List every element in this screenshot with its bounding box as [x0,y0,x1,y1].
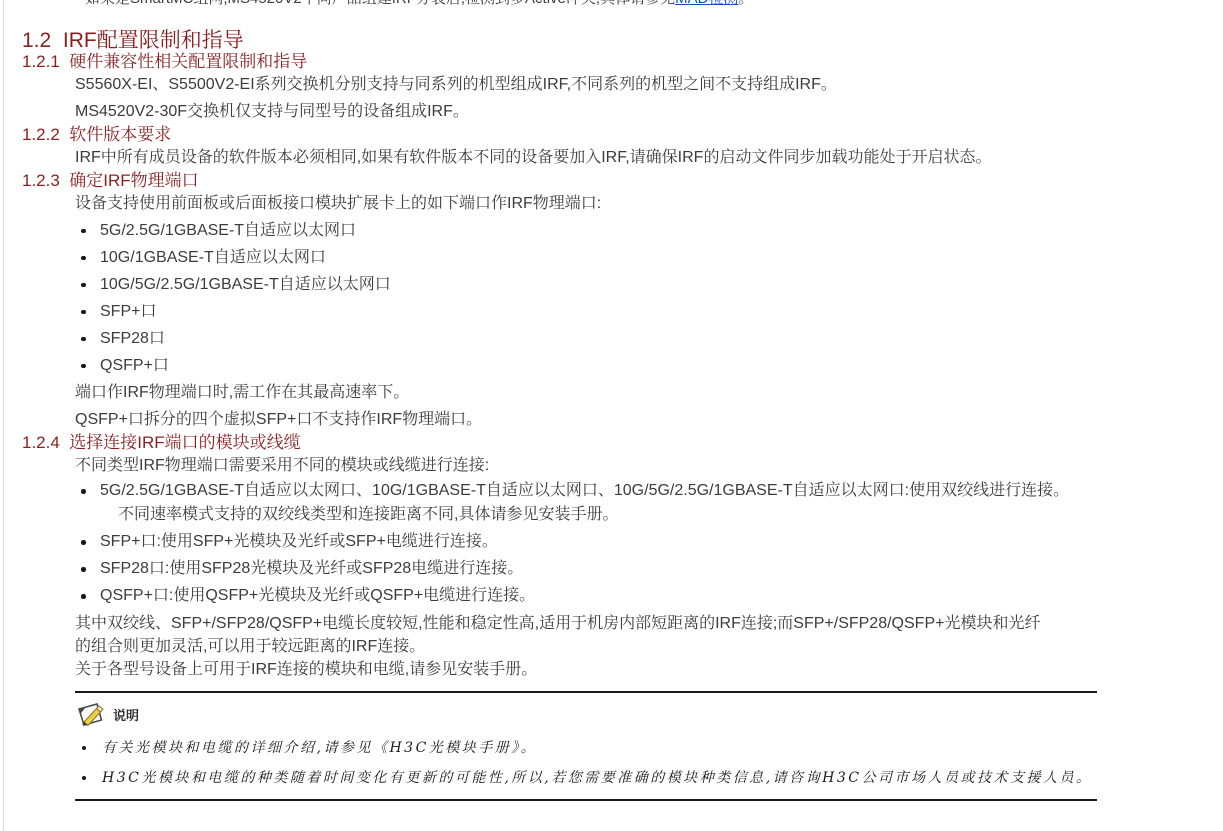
note-item: 有关光模块和电缆的详细介绍,请参见《H3C光模块手册》。 [80,737,1097,759]
page-left-border [3,0,4,831]
list-item: SFP+口 [75,298,1223,325]
heading-1-2-1-title: 硬件兼容性相关配置限制和指导 [69,52,307,71]
para-line: QSFP+口拆分的四个虚拟SFP+口不支持作IRF物理端口。 [75,411,482,428]
para-line: 端口作IRF物理端口时,需工作在其最高速率下。 [75,384,409,401]
para-cable-summary: 其中双绞线、SFP+/SFP28/QSFP+电缆长度较短,性能和稳定性高,适用于… [75,612,1223,681]
heading-1-2-1-number: 1.2.1 [22,52,60,71]
para-hardware-compat: S5560X-EI、S5500V2-EI系列交换机分别支持与同系列的机型组成IR… [75,71,1223,125]
heading-1-2-1: 1.2.1 硬件兼容性相关配置限制和指导 [22,52,1223,71]
heading-1-2-4-title: 选择连接IRF端口的模块或线缆 [69,433,300,452]
heading-1-2-2-number: 1.2.2 [22,125,60,144]
para-software-version: IRF中所有成员设备的软件版本必须相同,如果有软件版本不同的设备要加入IRF,请… [75,144,1223,171]
heading-1-2-2: 1.2.2 软件版本要求 [22,125,1223,144]
heading-1-2-3-title: 确定IRF物理端口 [69,171,198,190]
para-line: IRF中所有成员设备的软件版本必须相同,如果有软件版本不同的设备要加入IRF,请… [75,149,991,166]
list-item-line: 不同速率模式支持的双绞线类型和连接距离不同,具体请参见安装手册。 [100,503,1223,527]
para-irf-port-intro: 设备支持使用前面板或后面板接口模块扩展卡上的如下端口作IRF物理端口: [75,190,1223,217]
para-line: 的组合则更加灵活,可以用于较远距离的IRF连接。 [75,638,425,655]
cable-option-list: 5G/2.5G/1GBASE-T自适应以太网口、10G/1GBASE-T自适应以… [0,479,1223,608]
note-icon [76,701,105,728]
mad-detection-link[interactable]: MAD检测 [675,0,738,7]
para-cable-intro: 不同类型IRF物理端口需要采用不同的模块或线缆进行连接: [75,452,1223,479]
clipped-top-text-tail: 。 [738,0,753,7]
list-item: 5G/2.5G/1GBASE-T自适应以太网口、10G/1GBASE-T自适应以… [75,479,1223,527]
note-label: 说明 [113,705,139,724]
heading-1-2-4-number: 1.2.4 [22,433,60,452]
heading-1-2: 1.2 IRF配置限制和指导 [22,29,1223,52]
list-item: QSFP+口 [75,352,1223,379]
list-item: 10G/5G/2.5G/1GBASE-T自适应以太网口 [75,271,1223,298]
list-item: QSFP+口:使用QSFP+光模块及光纤或QSFP+电缆进行连接。 [75,584,1223,608]
para-line: 关于各型号设备上可用于IRF连接的模块和电缆,请参见安装手册。 [75,661,537,678]
note-box: 说明 有关光模块和电缆的详细介绍,请参见《H3C光模块手册》。 H3C光模块和电… [75,691,1097,801]
heading-1-2-number: 1.2 [22,29,51,52]
note-list: 有关光模块和电缆的详细介绍,请参见《H3C光模块手册》。 H3C光模块和电缆的种… [75,737,1097,789]
heading-1-2-3-number: 1.2.3 [22,171,60,190]
irf-port-type-list: 5G/2.5G/1GBASE-T自适应以太网口 10G/1GBASE-T自适应以… [0,217,1223,379]
heading-1-2-3: 1.2.3 确定IRF物理端口 [22,171,1223,190]
para-irf-port-notes: 端口作IRF物理端口时,需工作在其最高速率下。 QSFP+口拆分的四个虚拟SFP… [75,379,1223,433]
document-body: 1.2 IRF配置限制和指导 1.2.1 硬件兼容性相关配置限制和指导 S556… [0,0,1223,801]
para-line: MS4520V2-30F交换机仅支持与同型号的设备组成IRF。 [75,103,469,120]
clipped-top-text: 如果是SmartMC组网,MS4520V2不同产品组建IRF分裂后,检测到多Ac… [85,0,675,7]
note-item: H3C光模块和电缆的种类随着时间变化有更新的可能性,所以,若您需要准确的模块种类… [80,767,1097,789]
heading-1-2-2-title: 软件版本要求 [69,125,171,144]
note-header: 说明 [75,699,1097,729]
list-item: SFP+口:使用SFP+光模块及光纤或SFP+电缆进行连接。 [75,530,1223,554]
heading-1-2-title: IRF配置限制和指导 [63,29,244,52]
heading-1-2-4: 1.2.4 选择连接IRF端口的模块或线缆 [22,433,1223,452]
list-item: 10G/1GBASE-T自适应以太网口 [75,244,1223,271]
list-item: 5G/2.5G/1GBASE-T自适应以太网口 [75,217,1223,244]
list-item: SFP28口:使用SFP28光模块及光纤或SFP28电缆进行连接。 [75,557,1223,581]
list-item: SFP28口 [75,325,1223,352]
para-line: S5560X-EI、S5500V2-EI系列交换机分别支持与同系列的机型组成IR… [75,76,837,93]
list-item-line: 5G/2.5G/1GBASE-T自适应以太网口、10G/1GBASE-T自适应以… [100,479,1223,503]
para-line: 其中双绞线、SFP+/SFP28/QSFP+电缆长度较短,性能和稳定性高,适用于… [75,615,1040,632]
clipped-top-line: 如果是SmartMC组网,MS4520V2不同产品组建IRF分裂后,检测到多Ac… [85,0,753,8]
